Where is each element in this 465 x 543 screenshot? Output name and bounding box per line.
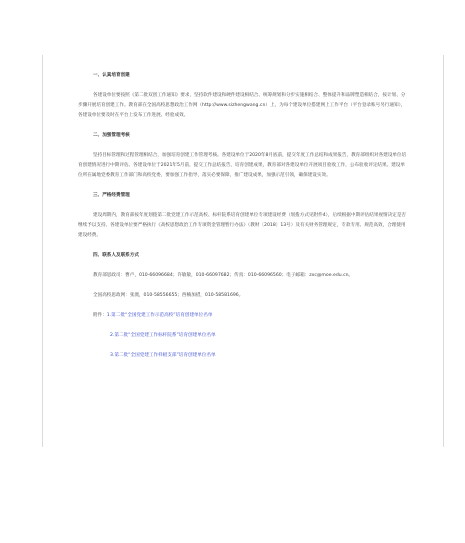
- section-heading-3: 三、严格经费管理: [93, 191, 408, 201]
- attachment-link-2[interactable]: 2.第二批“全国党建工作标杆院系”培育创建单位名单: [110, 333, 216, 338]
- section-heading-4: 四、联系人及联系方式: [93, 251, 408, 261]
- document-content: 一、认真培育创建 各建设单位要按照《第二批双创工作通知》要求，坚持软件建设和硬件…: [78, 65, 408, 361]
- section-paragraph-2: 坚持目标管理和过程管理相结合，加强培育创建工作管理考核。各建设单位于2020年8…: [78, 151, 408, 181]
- attachments-label: 附件：: [93, 313, 107, 318]
- section-heading-2: 二、加强管理考核: [93, 131, 408, 141]
- contact-sizhengwang: 全国高校思政网：张澳，010-58556655；西楠加措，010-5858169…: [78, 291, 408, 301]
- attachment-link-1[interactable]: 1.第二批“全国党建工作示范高校”培育创建单位名单: [107, 313, 213, 318]
- attachment-line-3: 3.第二批“全国党建工作样板支部”培育创建单位名单: [110, 351, 408, 361]
- attachment-link-3[interactable]: 3.第二批“全国党建工作样板支部”培育创建单位名单: [110, 353, 216, 358]
- section-paragraph-1: 各建设单位要按照《第二批双创工作通知》要求，坚持软件建设和硬件建设相结合、统筹规…: [78, 91, 408, 121]
- section-heading-1: 一、认真培育创建: [93, 71, 408, 81]
- contact-moe: 教育部思政司：曹卢，010-66096684；许敏敏，010-66097682；…: [78, 271, 408, 281]
- attachment-line-2: 2.第二批“全国党建工作标杆院系”培育创建单位名单: [110, 331, 408, 341]
- document-page: 一、认真培育创建 各建设单位要按照《第二批双创工作通知》要求，坚持软件建设和硬件…: [42, 55, 444, 447]
- attachment-line-1: 附件：1.第二批“全国党建工作示范高校”培育创建单位名单: [93, 311, 408, 321]
- section-paragraph-3: 建设周期内，教育部按年度划拨第二批党建工作示范高校、标杆院系培育创建单位专项建设…: [78, 211, 408, 241]
